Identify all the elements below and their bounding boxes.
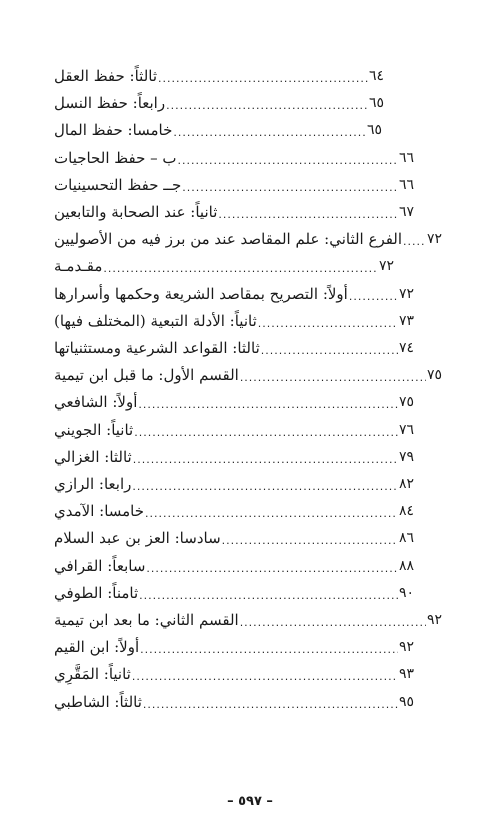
toc-entry: ٩٥......................................… bbox=[54, 689, 425, 715]
toc-leader-dots: ........................................… bbox=[158, 72, 368, 89]
toc-entry: ٩٢......................................… bbox=[54, 607, 453, 633]
toc-entry: ٧٥......................................… bbox=[54, 362, 453, 388]
toc-page-number: ٩٢ bbox=[427, 607, 453, 633]
toc-page-number: ٦٤ bbox=[369, 63, 395, 89]
toc-page-number: ٦٧ bbox=[399, 199, 425, 225]
toc-entry: ٦٥......................................… bbox=[54, 90, 395, 116]
toc-entry-title: أولاً: التصريح بمقاصد الشريعة وحكمها وأس… bbox=[54, 281, 348, 307]
toc-entry-title: خامسا: الآمدي bbox=[54, 498, 144, 524]
toc-leader-dots: ........................................… bbox=[240, 616, 426, 633]
toc-entry-title: جـ‍ـ حفظ التحسينيات bbox=[54, 172, 181, 198]
toc-leader-dots: ........................................… bbox=[139, 589, 398, 606]
toc-entry: ٧٢......................................… bbox=[54, 253, 405, 279]
toc-page-number: ٨٢ bbox=[399, 471, 425, 497]
toc-entry: ٧٣......................................… bbox=[54, 308, 425, 334]
toc-page-number: ٧٦ bbox=[399, 417, 425, 443]
toc-leader-dots: ........................................… bbox=[258, 317, 398, 334]
toc-leader-dots: ........................................… bbox=[138, 398, 398, 415]
toc-entry: ٦٥......................................… bbox=[54, 117, 393, 143]
toc-entry-title: ثانياً: المَقَّرِي bbox=[54, 661, 131, 687]
toc-page-number: ٦٥ bbox=[369, 90, 395, 116]
toc-leader-dots: ........................................… bbox=[145, 507, 398, 524]
toc-leader-dots: ........................................… bbox=[173, 126, 366, 143]
toc-page-number: ٨٨ bbox=[399, 553, 425, 579]
toc-leader-dots: ........................................… bbox=[103, 262, 378, 279]
toc-page-number: ٩٥ bbox=[399, 689, 425, 715]
toc-entry: ٨٨......................................… bbox=[54, 553, 425, 579]
toc-entry: ٩٣......................................… bbox=[54, 661, 425, 687]
toc-leader-dots: ........................................… bbox=[178, 154, 398, 171]
toc-entry-title: ثانياً: الجويني bbox=[54, 417, 133, 443]
toc-page-number: ٧٥ bbox=[427, 362, 453, 388]
toc-entry: ٧٦......................................… bbox=[54, 417, 425, 443]
toc-leader-dots: ........................................… bbox=[134, 426, 398, 443]
toc-entry: ٦٦......................................… bbox=[54, 145, 425, 171]
toc-page-number: ٦٦ bbox=[399, 145, 425, 171]
toc-entry-title: رابعاً: حفظ النسل bbox=[54, 90, 165, 116]
toc-leader-dots: ........................................… bbox=[133, 453, 398, 470]
toc-entry-title: الفرع الثاني: علم المقاصد عند من برز فيه… bbox=[54, 226, 402, 252]
toc-entry-title: رابعا: الرازي bbox=[54, 471, 131, 497]
toc-leader-dots: ........................................… bbox=[140, 643, 398, 660]
toc-entry: ٩٢......................................… bbox=[54, 634, 425, 660]
toc-page-number: ٩٢ bbox=[399, 634, 425, 660]
toc-entry-title: ثالثاً: الشاطبي bbox=[54, 689, 142, 715]
toc-entry: ٧٩......................................… bbox=[54, 444, 425, 470]
toc-leader-dots: ........................................… bbox=[218, 208, 398, 225]
toc-entry-title: القسم الثاني: ما بعد ابن تيمية bbox=[54, 607, 239, 633]
toc-entry-title: أولاً: ابن القيم bbox=[54, 634, 139, 660]
toc-leader-dots: ........................................… bbox=[403, 235, 426, 252]
toc-entry: ٧٤......................................… bbox=[54, 335, 425, 361]
toc-entry-title: سابعاً: القرافي bbox=[54, 553, 145, 579]
toc-leader-dots: ........................................… bbox=[240, 371, 426, 388]
toc-page-number: ٦٥ bbox=[367, 117, 393, 143]
toc-entry-title: ب – حفظ الحاجيات bbox=[54, 145, 177, 171]
toc-entry-title: ثالثاً: حفظ العقل bbox=[54, 63, 157, 89]
toc-entry-title: خامسا: حفظ المال bbox=[54, 117, 172, 143]
toc-entry: ٧٥......................................… bbox=[54, 389, 425, 415]
toc-page-number: ٧٤ bbox=[399, 335, 425, 361]
toc-leader-dots: ........................................… bbox=[222, 534, 398, 551]
toc-entry: ٧٢......................................… bbox=[54, 226, 453, 252]
toc-entry-title: ثامناً: الطوفي bbox=[54, 580, 138, 606]
toc-entry: ٨٤......................................… bbox=[54, 498, 425, 524]
toc-page-number: ٧٥ bbox=[399, 389, 425, 415]
toc-entry-title: ثالثا: القواعد الشرعية ومستثنياتها bbox=[54, 335, 260, 361]
toc-leader-dots: ........................................… bbox=[182, 181, 398, 198]
toc-leader-dots: ........................................… bbox=[166, 99, 368, 116]
page-number: – ٥٩٧ – bbox=[0, 794, 500, 809]
toc-entry-title: ثالثا: الغزالي bbox=[54, 444, 132, 470]
toc-page-number: ٧٢ bbox=[379, 253, 405, 279]
toc-entry: ٨٢......................................… bbox=[54, 471, 425, 497]
toc-entry-title: أولاً: الشافعي bbox=[54, 389, 137, 415]
toc-leader-dots: ........................................… bbox=[143, 698, 398, 715]
toc-leader-dots: ........................................… bbox=[132, 670, 398, 687]
toc-page-number: ٨٤ bbox=[399, 498, 425, 524]
toc-page-number: ٩٣ bbox=[399, 661, 425, 687]
toc-page-number: ٦٦ bbox=[399, 172, 425, 198]
toc-page-number: ٧٣ bbox=[399, 308, 425, 334]
toc-leader-dots: ........................................… bbox=[261, 344, 398, 361]
toc-leader-dots: ........................................… bbox=[349, 290, 398, 307]
toc-entry-title: ثانياً: عند الصحابة والتابعين bbox=[54, 199, 217, 225]
toc-leader-dots: ........................................… bbox=[146, 562, 398, 579]
toc-entry: ٧٢......................................… bbox=[54, 281, 425, 307]
toc-page-number: ٧٩ bbox=[399, 444, 425, 470]
toc-entry-title: القسم الأول: ما قبل ابن تيمية bbox=[54, 362, 239, 388]
toc-leader-dots: ........................................… bbox=[132, 480, 398, 497]
toc-entry: ٩٠......................................… bbox=[54, 580, 425, 606]
toc-entry: ٦٦......................................… bbox=[54, 172, 425, 198]
toc-page-number: ٧٢ bbox=[427, 226, 453, 252]
toc-entry: ٦٧......................................… bbox=[54, 199, 425, 225]
toc-entry: ٨٦......................................… bbox=[54, 525, 425, 551]
toc-entry: ٦٤......................................… bbox=[54, 63, 395, 89]
toc-entry-title: ثانياً: الأدلة التبعية (المختلف فيها) bbox=[54, 308, 257, 334]
toc-entry-title: سادسا: العز بن عبد السلام bbox=[54, 525, 221, 551]
toc-entry-title: مقـدمـة bbox=[54, 253, 102, 279]
toc-page-number: ٧٢ bbox=[399, 281, 425, 307]
toc-page-number: ٨٦ bbox=[399, 525, 425, 551]
toc-page-number: ٩٠ bbox=[399, 580, 425, 606]
